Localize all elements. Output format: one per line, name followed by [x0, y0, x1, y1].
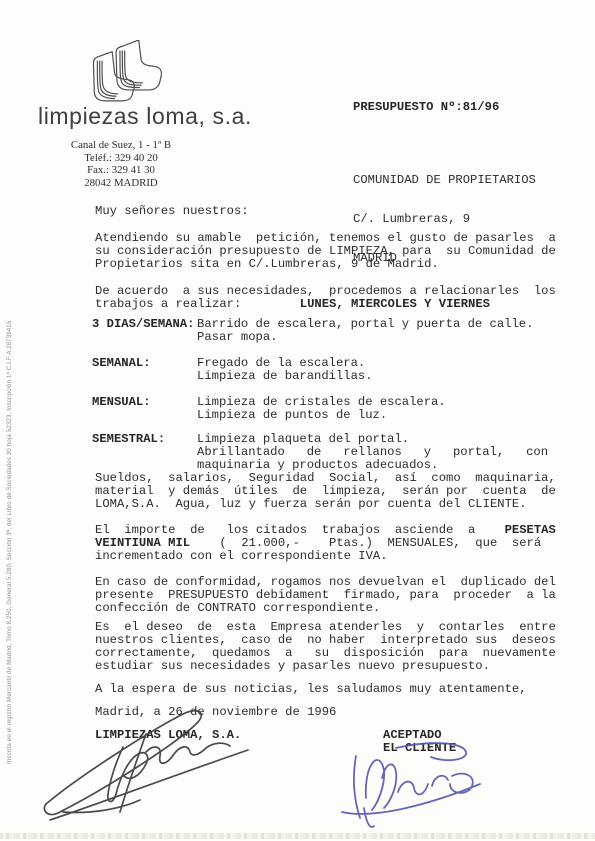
schedule-label-semanal: SEMANAL: — [92, 357, 151, 370]
recipient-name: COMUNIDAD DE PROPIETARIOS — [353, 174, 536, 187]
price-line1: El importe de los citados trabajos ascie… — [95, 523, 505, 537]
salutation: Muy señores nuestros: — [95, 205, 249, 218]
schedule-desc-mensual: Limpieza de cristales de escalera. Limpi… — [197, 396, 446, 422]
schedule-label-mensual: MENSUAL: — [92, 396, 151, 409]
paragraph-works-intro: De acuerdo a sus necesidades, procedemos… — [95, 285, 556, 311]
budget-number: PRESUPUESTO Nº:81/96 — [353, 100, 499, 114]
workdays-emphasis: LUNES, MIERCOLES Y VIERNES — [300, 297, 490, 311]
company-signature-icon — [28, 692, 266, 837]
schedule-desc-semanal: Fregado de la escalera. Limpieza de bara… — [197, 357, 373, 383]
company-logo-icon — [88, 40, 166, 104]
client-signature-icon — [336, 738, 496, 834]
works-intro-line2: trabajos a realizar: — [95, 297, 300, 311]
registry-side-note: Inscrita en el registro Mercantil de Mad… — [7, 259, 13, 764]
schedule-desc-semestral: Limpieza plaqueta del portal. Abrillanta… — [197, 433, 548, 472]
schedule-desc-3dias: Barrido de escalera, portal y puerta de … — [197, 318, 533, 344]
address-line-street: Canal de Suez, 1 - 1º B — [55, 139, 187, 152]
paragraph-costs: Sueldos, salarios, Seguridad Social, así… — [95, 472, 556, 511]
address-line-phone: Teléf.: 329 40 20 — [55, 152, 187, 165]
price-line2: ( 21.000,- Ptas.) MENSUALES, que será — [190, 536, 541, 550]
paragraph-closing: Es el deseo de esta Empresa atenderles y… — [95, 621, 556, 673]
works-intro-line1: De acuerdo a sus necesidades, procedemos… — [95, 284, 556, 298]
logo-front-L — [116, 40, 161, 90]
address-line-city: 28042 MADRID — [55, 177, 187, 190]
company-name: limpiezas loma, s.a. — [38, 103, 252, 130]
paragraph-intro: Atendiendo su amable petición, tenemos e… — [95, 232, 556, 271]
price-currency-emphasis: PESETAS — [505, 523, 556, 537]
scan-edge-artifact — [0, 833, 595, 839]
scanned-letter-page: Inscrita en el registro Mercantil de Mad… — [0, 0, 595, 841]
schedule-label-3dias: 3 DIAS/SEMANA: — [92, 318, 194, 331]
recipient-street: C/. Lumbreras, 9 — [353, 213, 536, 226]
address-line-fax: Fax.: 329 41 30 — [55, 164, 187, 177]
paragraph-conformity: En caso de conformidad, rogamos nos devu… — [95, 576, 556, 615]
company-address-block: Canal de Suez, 1 - 1º B Teléf.: 329 40 2… — [55, 139, 187, 189]
price-amount-emphasis: VEINTIUNA MIL — [95, 536, 190, 550]
logo-back-L — [93, 52, 134, 101]
paragraph-price: El importe de los citados trabajos ascie… — [95, 524, 556, 563]
schedule-label-semestral: SEMESTRAL: — [92, 433, 165, 446]
price-line3: incrementado con el correspondiente IVA. — [95, 549, 388, 563]
